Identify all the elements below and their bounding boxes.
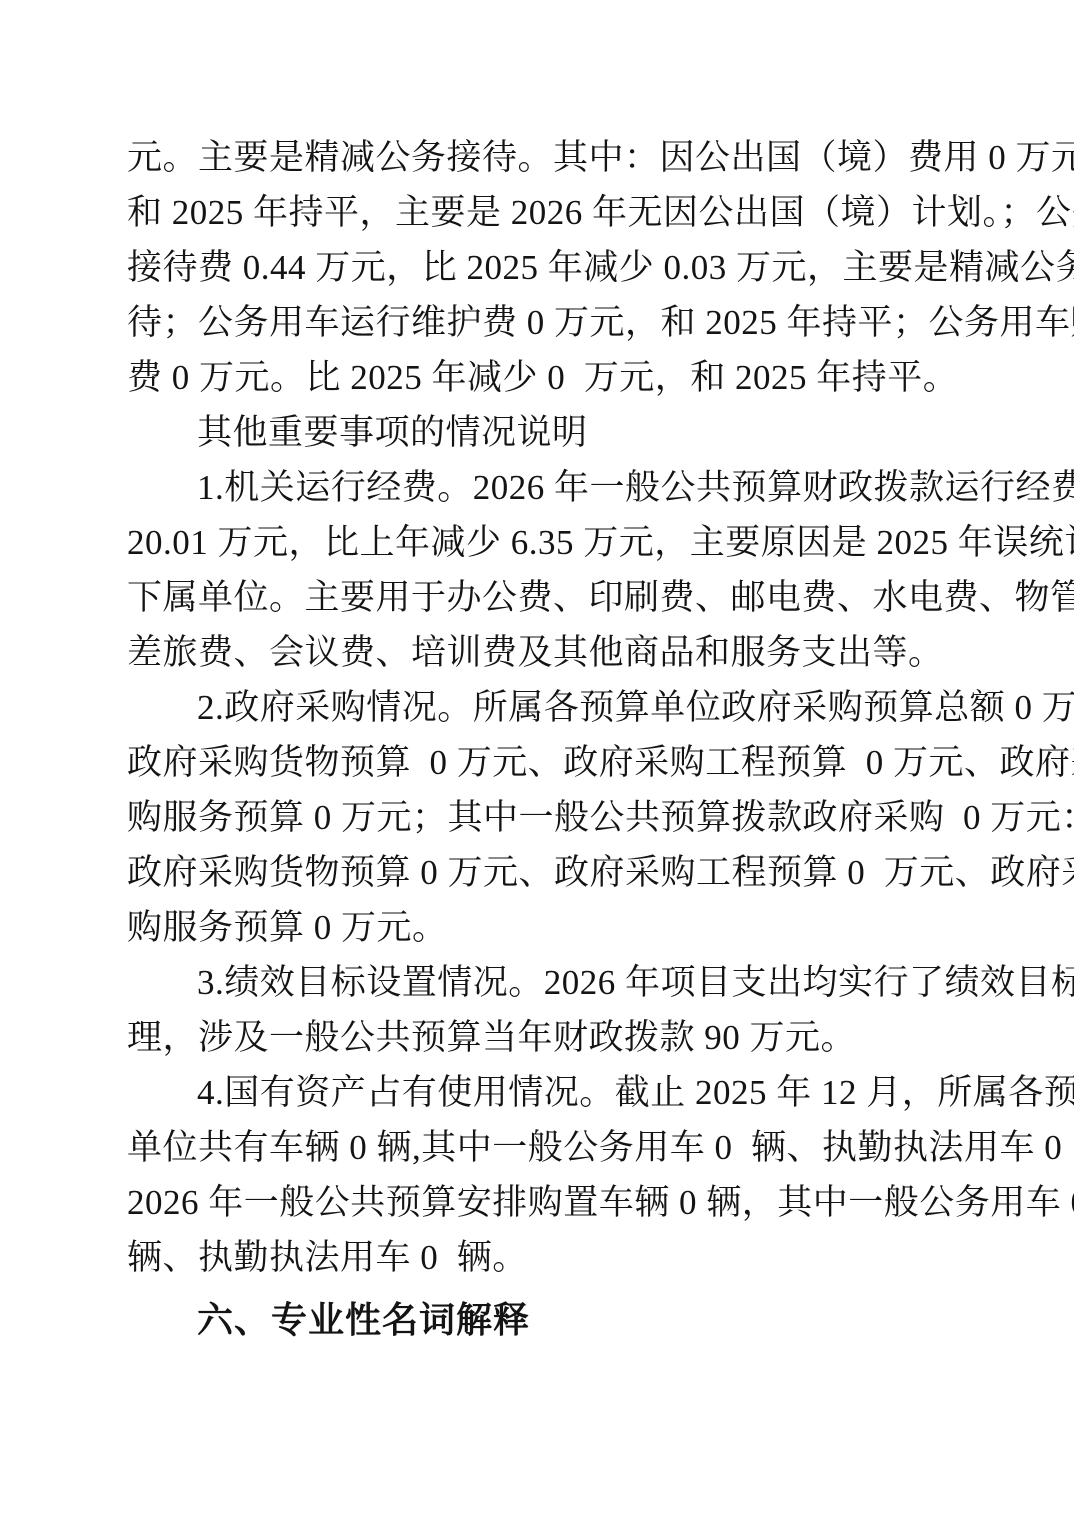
text-line: 接待费 0.44 万元，比 2025 年减少 0.03 万元，主要是精减公务接: [127, 240, 947, 295]
subheading-other-matters: 其他重要事项的情况说明: [127, 405, 947, 460]
text-line: 下属单位。主要用于办公费、印刷费、邮电费、水电费、物管费、: [127, 570, 947, 625]
text-line: 2026 年一般公共预算安排购置车辆 0 辆，其中一般公务用车 0: [127, 1175, 947, 1230]
document-page: 元。主要是精减公务接待。其中：因公出国（境）费用 0 万元， 和 2025 年持…: [0, 0, 1074, 1520]
text-line: 2.政府采购情况。所属各预算单位政府采购预算总额 0 万元：: [127, 680, 947, 735]
text-line: 4.国有资产占有使用情况。截止 2025 年 12 月，所属各预算: [127, 1065, 947, 1120]
text-line: 理，涉及一般公共预算当年财政拨款 90 万元。: [127, 1010, 947, 1065]
text-line: 费 0 万元。比 2025 年减少 0 万元，和 2025 年持平。: [127, 350, 947, 405]
text-line: 待；公务用车运行维护费 0 万元，和 2025 年持平；公务用车购置: [127, 295, 947, 350]
text-line: 辆、执勤执法用车 0 辆。: [127, 1230, 947, 1285]
text-line: 政府采购货物预算 0 万元、政府采购工程预算 0 万元、政府采: [127, 845, 947, 900]
text-line: 购服务预算 0 万元。: [127, 900, 947, 955]
text-line: 3.绩效目标设置情况。2026 年项目支出均实行了绩效目标管: [127, 955, 947, 1010]
text-line: 1.机关运行经费。2026 年一般公共预算财政拨款运行经费: [127, 460, 947, 515]
text-line: 单位共有车辆 0 辆,其中一般公务用车 0 辆、执勤执法用车 0 辆。: [127, 1120, 947, 1175]
section-heading-terms: 六、专业性名词解释: [127, 1293, 947, 1348]
text-line: 差旅费、会议费、培训费及其他商品和服务支出等。: [127, 625, 947, 680]
text-line: 购服务预算 0 万元；其中一般公共预算拨款政府采购 0 万元：: [127, 790, 947, 845]
text-line: 20.01 万元，比上年减少 6.35 万元，主要原因是 2025 年误统计了: [127, 515, 947, 570]
document-body: 元。主要是精减公务接待。其中：因公出国（境）费用 0 万元， 和 2025 年持…: [127, 130, 947, 1348]
text-line: 元。主要是精减公务接待。其中：因公出国（境）费用 0 万元，: [127, 130, 947, 185]
text-line: 和 2025 年持平，主要是 2026 年无因公出国（境）计划。；公务: [127, 185, 947, 240]
text-line: 政府采购货物预算 0 万元、政府采购工程预算 0 万元、政府采: [127, 735, 947, 790]
